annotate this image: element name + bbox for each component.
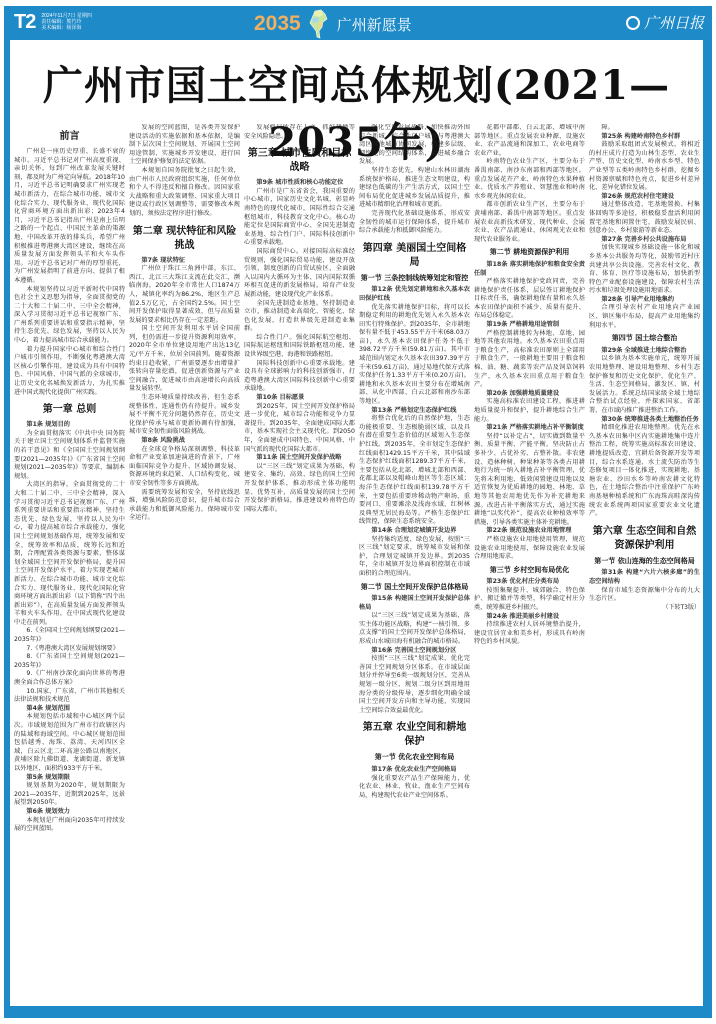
article-clause-heading: 第31条 构建“六片六核多廊”的生态空间结构 — [589, 569, 700, 586]
continued-note: （下转T3版） — [589, 604, 700, 613]
article-column-1: 前言广州是一座历史厚重、长盛不衰的城市。习近平总书记对广州高度重视、亲切关怀，每… — [14, 124, 125, 1004]
paragraph: 大湾区的指导，全面贯彻党的二十大和二十届二中、三中全会精神，深入学习贯彻习近平总… — [14, 481, 125, 627]
paragraph: 在全球竞争格局深刻调整、科技革命和产业变革加速演进的背景下，广州面临国际竞争力提… — [129, 446, 240, 489]
paragraph: 国际科技创新中心重要承载地。建设具有全球影响力的科技创新强市，打造粤港澳大湾区国… — [244, 360, 355, 394]
article-clause-heading: 第12条 优先划定耕地和永久基本农田保护红线 — [359, 286, 470, 303]
paragraph: 7.《粤港澳大湾区发展规划纲要》 — [14, 645, 125, 654]
article-clause-heading: 第15条 构建国土空间开发保护总体格局 — [359, 595, 470, 612]
paragraph: 坚持生态优先，构建山水林田湖海系统保护格局，推进生态文明建设，构建绿色低碳的生产… — [359, 167, 470, 210]
paragraph: 到2025年，国土空间开发保护格局进一步优化，城市综合功能和竞争力显著提升。到2… — [244, 403, 355, 455]
paragraph: 岭南特色农业生产区，主要分布于番禺南部、南沙东南部和西部等地区。重点发展花卉产业… — [474, 158, 585, 201]
paragraph: 障。 — [589, 124, 700, 133]
logo-emblem-icon — [626, 16, 640, 30]
article-clause-heading: 第17条 优化农业生产空间格局 — [359, 766, 470, 775]
paragraph: 10.国家、广东省、广州市其他相关法律法规和技术规范 — [14, 688, 125, 705]
article-clause-heading: 第9条 城市性质和核心功能定位 — [244, 179, 355, 188]
article-clause-heading: 第24条 推进美丽乡村建设 — [474, 613, 585, 622]
article-column-2: 发展的空间蓝图，是各类开发保护建设活动的实施依据和基本依据，是编制下层次国土空间… — [129, 124, 240, 1004]
paragraph: 本规划自国务院批复之日起生效，由广州市人民政府组织实施，任何单位和个人不得违反和… — [129, 167, 240, 219]
article-column-3: 发展格局所存在人文、抓好耕地等安全风险隐患。第三章 城市性质和目标战略第9条 城… — [244, 124, 355, 1004]
paragraph: 强化重要农产品生产保障能力，优化农业、林业、牧业、渔业生产空间布局，构建现代农业… — [359, 775, 470, 801]
paragraph: 将整合优化后的自然保护地，生态功能极重要、生态极脆弱区域，以及具有潜在重要生态价… — [359, 415, 470, 527]
page-meta: 2024年11月7日 星期四 责任编辑：熊竹玲 美术编辑：杨泽海 — [41, 13, 91, 31]
section-heading: 第一节 依山连海的生态空间格局 — [589, 557, 700, 566]
page-header: T2 2024年11月7日 星期四 责任编辑：熊竹玲 美术编辑：杨泽海 2035… — [4, 6, 712, 38]
article-clause-heading: 第7条 现状特征 — [129, 257, 240, 266]
paragraph: 坚持“以补定占”，切实做到数量平衡、质量平衡、产能平衡，坚决防止占多补少、占优补… — [474, 433, 585, 528]
article-column-4: 强化空间发展战略，加快推动外围综合新城、综合性门户城市与粤港澳大湾区其他城市协同… — [359, 124, 470, 1004]
paragraph: 精细化推进农用地整理。优先在永久基本农田集中区内实施耕地集中连片整治工程，统筹实… — [589, 424, 700, 519]
newspaper-name: 广州日报 — [644, 12, 704, 33]
article-clause-heading: 第16条 完善国土空间规划分区 — [359, 647, 470, 656]
article-columns: 前言广州是一座历史厚重、长盛不衰的城市。习近平总书记对广州高度重视、亲切关怀，每… — [14, 124, 700, 1004]
paragraph: 完善现代化基础设施体系，形成安全韧性的城市运行保障体系，提升城市综合承载能力和抵… — [359, 210, 470, 236]
paragraph: 综合性门户。强化国际航空枢纽、国际航运枢纽和国际铁路枢纽功能，建设世界级空港、海… — [244, 334, 355, 360]
guangzhou-map-icon — [307, 9, 331, 39]
paragraph: 6.《全国国土空间规划纲要(2021—2035年)》 — [14, 627, 125, 644]
article-clause-heading: 第21条 严格落实耕地占补平衡制度 — [474, 424, 585, 433]
paragraph: 国土空间开发利用水平居全国前列，但仍需进一步提升资源利用效率。2020年全市单位… — [129, 325, 240, 394]
article-clause-heading: 第11条 国土空间开发保护战略 — [244, 454, 355, 463]
paragraph: 鼓励采取组团式发展模式，将相近的村庄成片打造为山林生态型、农业生产型、历史文化型… — [589, 141, 700, 193]
paragraph: 合理引导农村产业用地向产业园区、镇区集中布局，提高产业用地集约利用水平。 — [589, 304, 700, 330]
paragraph: 全国先进制造业基地。坚持制造业立市，推动制造业高端化、智能化、绿色化发展，打造世… — [244, 300, 355, 334]
article-column-5: 花都中部都、白云北部、增城中南部等地区。重点发展农业种源、设施农业、农产品流通和… — [474, 124, 585, 1004]
paragraph: 严格设施农业用地使用管理，规范设施农业用地使用，保障设施农业发展合理用地需求。 — [474, 536, 585, 562]
paragraph: 严格落实耕地保护党政同责，完善耕地保护责任体系，层层签订耕地保护目标责任书，确保… — [474, 278, 585, 321]
newspaper-page: T2 2024年11月7日 星期四 责任编辑：熊竹玲 美术编辑：杨泽海 2035… — [0, 0, 716, 1024]
chapter-heading: 第三章 城市性质和目标战略 — [244, 147, 355, 175]
article-clause-heading: 第23条 优化村庄分类布局 — [474, 578, 585, 587]
article-clause-heading: 第13条 严格划定生态保护红线 — [359, 407, 470, 416]
paragraph: 通过整体改造、宅基地置换、村集体回购等多途径，积极稳妥盘活利用闲置宅基地和闲置住… — [589, 201, 700, 235]
chapter-heading: 第二章 现状特征和风险挑战 — [129, 225, 240, 253]
paragraph: 国际商贸中心。对接国际高标准经贸规则，强化国际贸易功能，建设开放引领、制度创新的… — [244, 248, 355, 300]
paragraph: 实施高标准农田建设工程，推进耕地质量提升和保护，提升耕地综合生产能力。 — [474, 398, 585, 424]
paragraph: 本规划坚持以习近平新时代中国特色社会主义思想为指导，全面贯彻党的二十大和二十届二… — [14, 286, 125, 346]
paragraph: 坚持集约适度、绿色发展，按照“三区三线”划定要求，统筹城市发展和保护，合理划定城… — [359, 536, 470, 579]
section-heading: 第一节 三条控制线统筹划定和管控 — [359, 274, 470, 283]
paragraph: 以乡镇为基本实施单元，统筹开展农用地整理、建设用地整理、乡村生态保护修复和历史文… — [589, 355, 700, 415]
section-heading: 第一节 优化农业空间布局 — [359, 753, 470, 762]
art-editor-line: 美术编辑：杨泽海 — [41, 25, 91, 31]
paragraph: 持续推进农村人居环境整治提升，建设宜居宜业和美乡村，形成具有岭南特色的乡村风貌。 — [474, 621, 585, 647]
paragraph: 发展的空间蓝图，是各类开发保护建设活动的实施依据和基本依据，是编制下层次国土空间… — [129, 124, 240, 167]
article-clause-heading: 第6条 规划效力 — [14, 808, 125, 817]
article-column-6: 障。第25条 构建岭南特色乡村群鼓励采取组团式发展模式，将相近的村庄成片打造为山… — [589, 124, 700, 1004]
paragraph: 8.《广东省国土空间规划(2021—2035年)》 — [14, 653, 125, 670]
paragraph: 严格控制耕地转为林地、草地、园地等其他农用地。永久基本农田重点用于粮食生产，高标… — [474, 330, 585, 390]
paragraph: 本规划包括市域和中心城区两个层次。市域规划范围为广州市行政辖区内的陆域和海域空间… — [14, 713, 125, 773]
paragraph: 9.《广州南沙深化面向世界的粤港澳全面合作总体方案》 — [14, 670, 125, 687]
chapter-heading: 前言 — [14, 130, 125, 144]
paragraph: 着力提升国家中心城市和综合性门户城市引领作用，不断强化粤港澳大湾区核心引擎作用，… — [14, 346, 125, 398]
chapter-heading: 第六章 生态空间和自然资源保护利用 — [589, 525, 700, 553]
newspaper-logo: 广州日报 — [626, 12, 704, 33]
article-clause-heading: 第5条 规划期限 — [14, 774, 125, 783]
article-clause-heading: 第25条 构建岭南特色乡村群 — [589, 133, 700, 142]
article-clause-heading: 第22条 规范设施农业用地管理 — [474, 527, 585, 536]
article-clause-heading: 第14条 合理划定城镇开发边界 — [359, 527, 470, 536]
paragraph: 按照“三区三线”划定成果，优化完善国土空间规划分区体系。在市域层面划分并停导至6… — [359, 655, 470, 715]
paragraph: 保育市域生态资源集中分布的九大生态片区。 — [589, 587, 700, 604]
page-number: T2 — [14, 11, 35, 34]
section-heading: 第二节 耕地资源保护利用 — [474, 248, 585, 257]
paragraph: 规划基期为2020年，规划期限为2021—2035年，近期到2025年，远景展望… — [14, 782, 125, 808]
brand-year: 2035 — [254, 12, 301, 36]
paragraph: 以“三区三线”划定成果为基础，构建安全、集约、高效、绿色的国土空间开发保护体系，… — [244, 463, 355, 515]
paragraph: 强化空间发展战略，加快推动外围综合新城、综合性门户城市与粤港澳大湾区其他城市协同… — [359, 124, 470, 167]
paragraph: 生态环境质量持续改善，但生态系统整体性、连通性仍有待提升。城乡发展不平衡不充分问… — [129, 394, 240, 437]
paragraph: 需要统筹发展和安全，坚持底线思维，增强风险防范意识，提升城市综合承载能力和抵御风… — [129, 489, 240, 523]
paragraph: 为全面贯彻落实《中共中央 国务院关于建立国土空间规划体系并监督实施的若干意见》和… — [14, 430, 125, 482]
section-heading: 第四节 国土综合整治 — [589, 334, 700, 343]
article-clause-heading: 第18条 落实耕地保护和粮食安全责任制 — [474, 261, 585, 278]
paragraph: 广州市是广东省省会，我国重要的中心城市，国家历史文化名城，彰显岭南特色的现代化城… — [244, 188, 355, 248]
chapter-heading: 第五章 农业空间和耕地保护 — [359, 721, 470, 749]
paragraph: 本规划是广州面向2035年可持续发展的空间蓝图。 — [14, 817, 125, 834]
paragraph: 广州位于珠江三角洲中部，东江、西江、北江三大珠江支流在此交汇，濒临南海。2020… — [129, 265, 240, 325]
paragraph: 以“三区三线”划定成果为基础，落实主体功能区战略，构建“一核引领、多点支撑”的国… — [359, 612, 470, 646]
section-heading: 第二节 国土空间开发保护总体格局 — [359, 583, 470, 592]
chapter-heading: 第四章 美丽国土空间格局 — [359, 242, 470, 270]
paragraph: 加快实现城乡基础设施一体化和城乡基本公共服务均等化，鼓励邻近村庄共建共享公共设施… — [589, 244, 700, 296]
article-clause-heading: 第10条 目标愿景 — [244, 394, 355, 403]
article-clause-heading: 第1条 规划目的 — [14, 421, 125, 430]
article-clause-heading: 第19条 严格耕地用途管制 — [474, 321, 585, 330]
article-clause-heading: 第30条 统筹推进各类土地整治任务 — [589, 416, 700, 425]
brand-slogan: 广州新愿景 — [337, 14, 412, 35]
section-brand: 2035 广州新愿景 — [254, 9, 412, 39]
paragraph: 发展格局所存在人文、抓好耕地等安全风险隐患。 — [244, 124, 355, 141]
paragraph: 花都中部都、白云北部、增城中南部等地区。重点发展农业种源、设施农业、农产品流通和… — [474, 124, 585, 158]
paragraph: 广州是一座历史厚重、长盛不衰的城市。习近平总书记对广州高度重视、亲切关怀，每到广… — [14, 148, 125, 286]
article-clause-heading: 第8条 风险挑战 — [129, 437, 240, 446]
chapter-heading: 第一章 总则 — [14, 403, 125, 417]
paragraph: 按照集聚提升、城郊融合、特色保护、搬迁撤并等类型，科学确定村庄分类，统筹推进乡村… — [474, 587, 585, 613]
paragraph: 优先落实耕地保护目标，将可以长期稳定利用的耕地优先划入永久基本农田实行特殊保护。… — [359, 304, 470, 407]
section-heading: 第三节 乡村空间布局优化 — [474, 566, 585, 575]
paragraph: 都市创新农业生产区，主要分布于黄埔南部、番禺中南部等地区。重点发展农业高新技术研… — [474, 201, 585, 244]
article-area: 广州市国土空间总体规划(2021—2035年) 前言广州是一座历史厚重、长盛不衰… — [10, 40, 703, 1006]
